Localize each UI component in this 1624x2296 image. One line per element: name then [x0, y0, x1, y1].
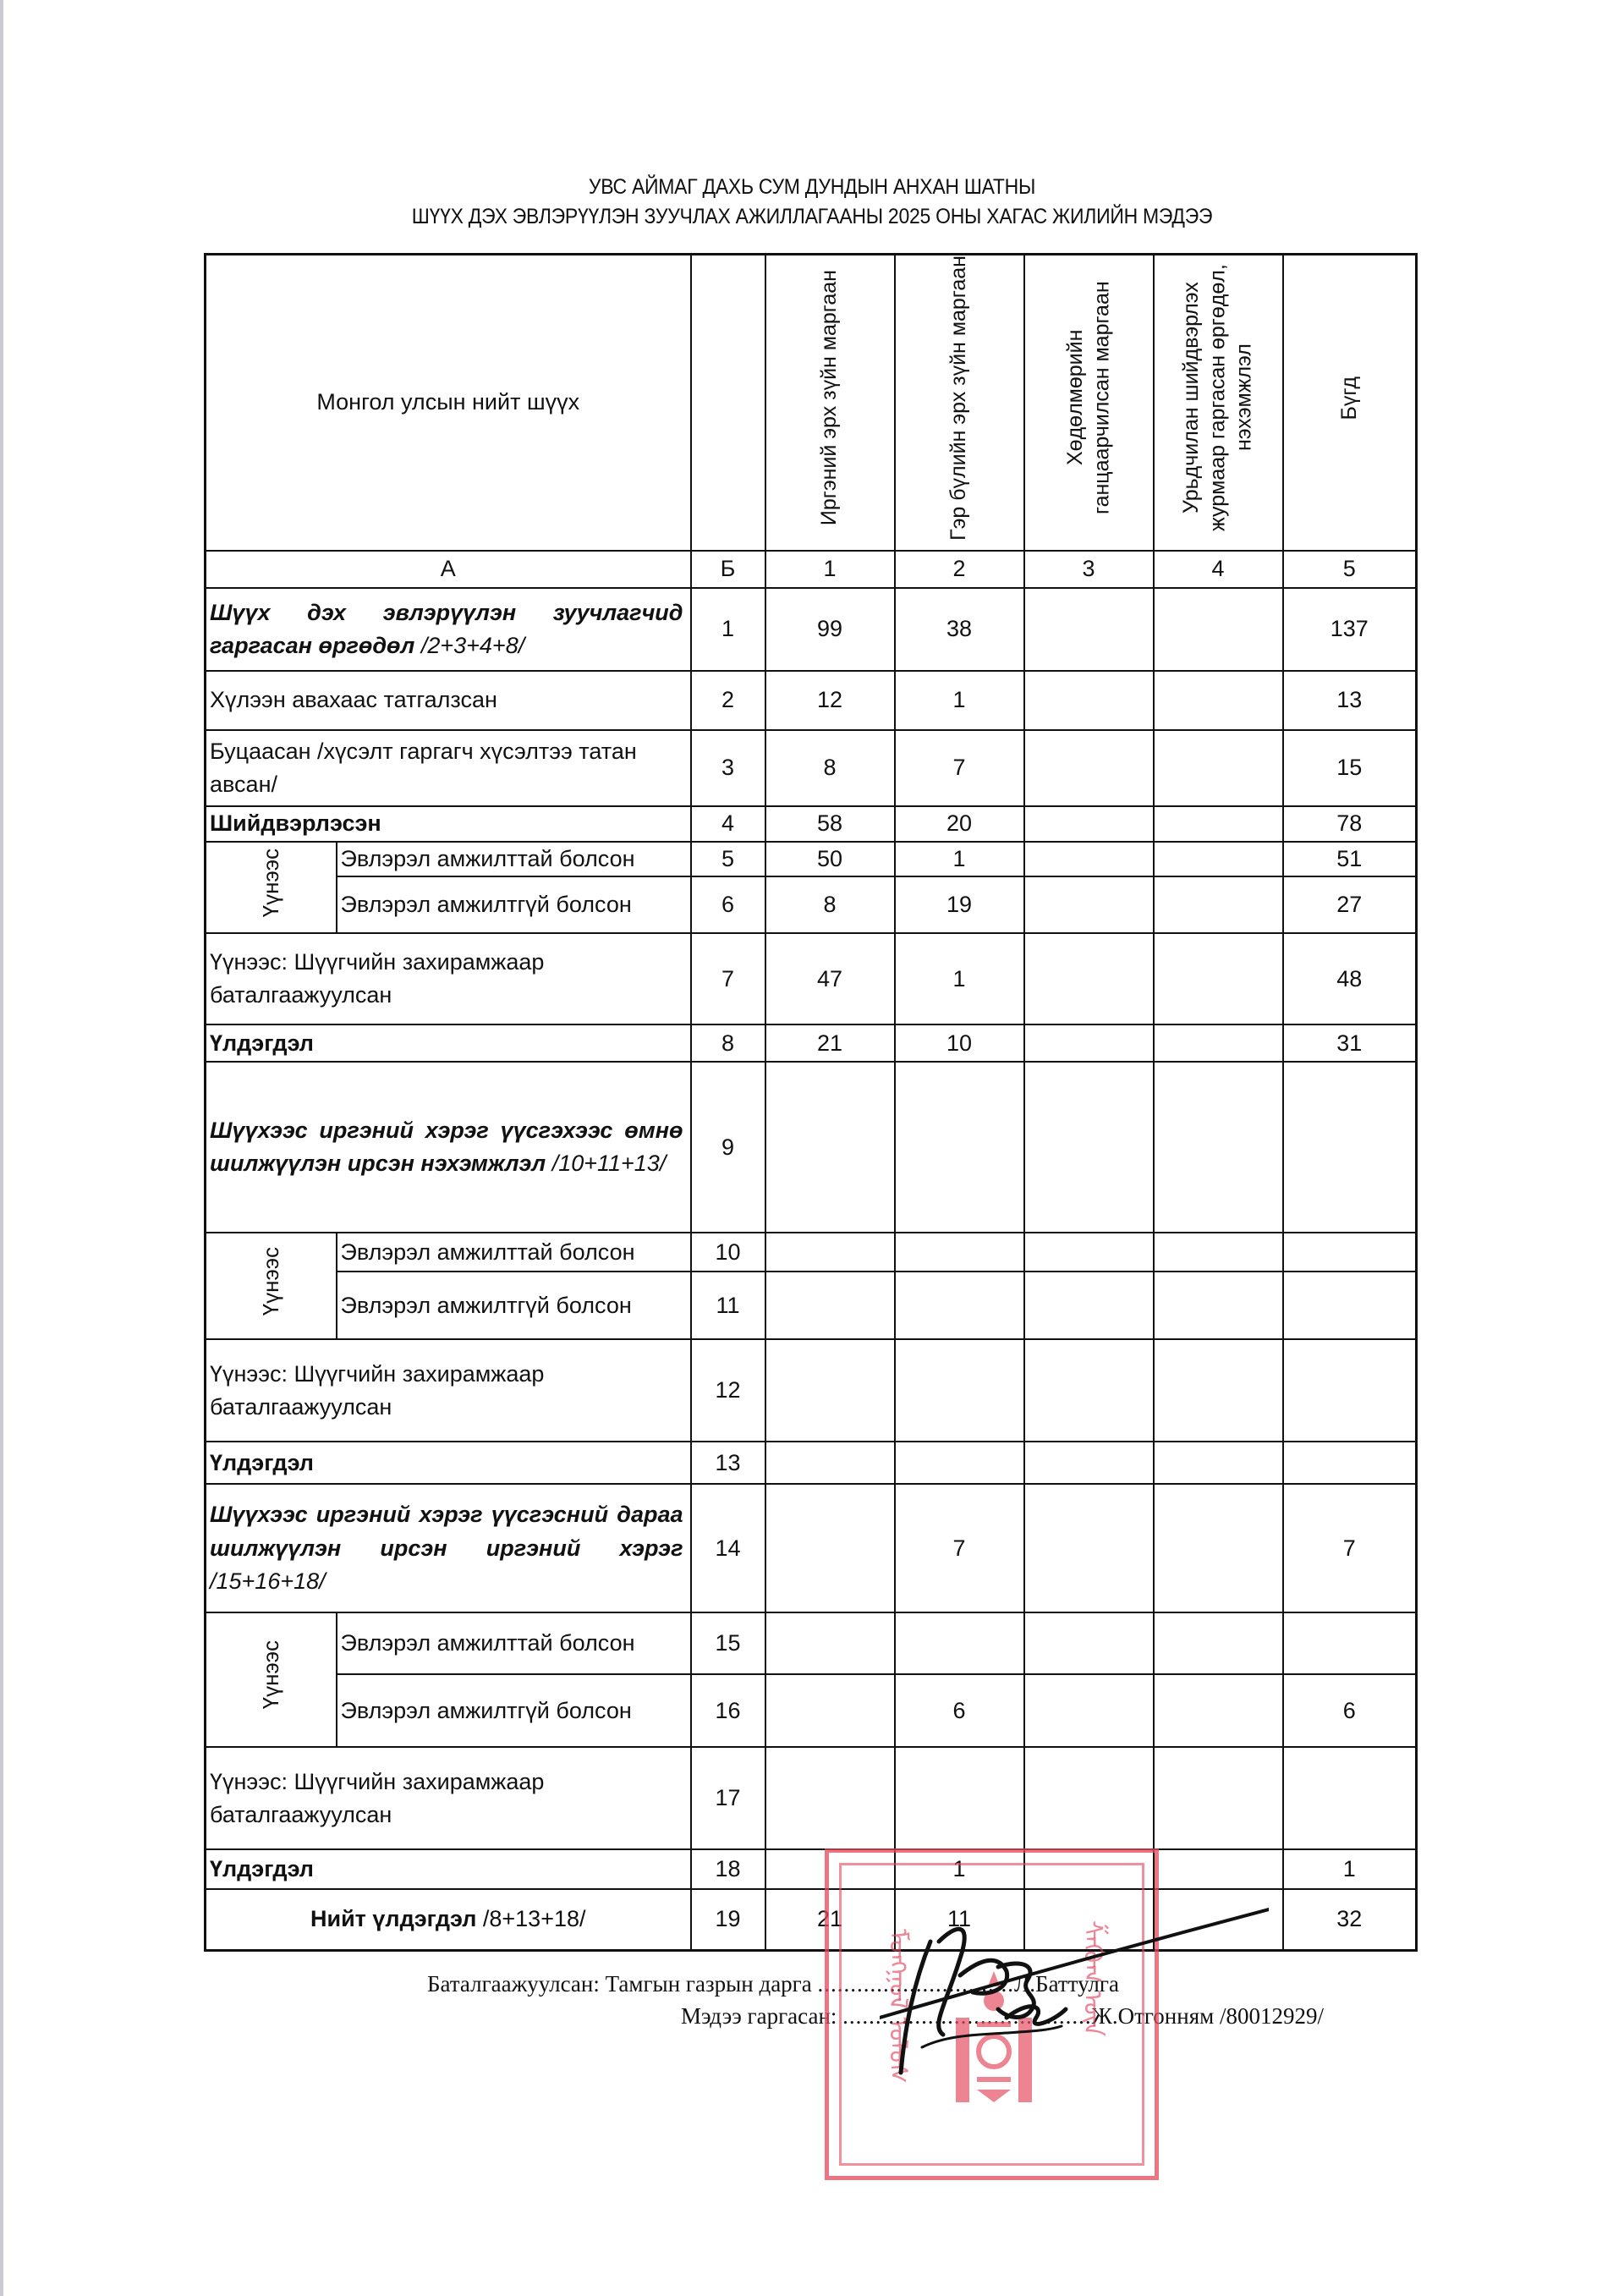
- row-code: 5: [691, 842, 765, 876]
- cell-v3: [1024, 671, 1154, 730]
- row-label: Эвлэрэл амжилттай болсон: [337, 1612, 691, 1674]
- code-4: 4: [1154, 551, 1283, 588]
- cell-v5: 1: [1283, 1849, 1417, 1889]
- row-label: Хүлээн авахаас татгалзсан: [206, 671, 691, 730]
- cell-v4: [1154, 1849, 1283, 1889]
- cell-v1: [765, 1442, 895, 1484]
- cell-v4: [1154, 1612, 1283, 1674]
- cell-v5: 32: [1283, 1889, 1417, 1950]
- cell-v2: 1: [895, 933, 1024, 1024]
- row-code: 10: [691, 1233, 765, 1272]
- cell-v1: [765, 1339, 895, 1442]
- row-code: 14: [691, 1484, 765, 1612]
- row-code: 6: [691, 876, 765, 933]
- row-code: 16: [691, 1674, 765, 1747]
- table-row: Үлдэгдэл1811: [206, 1849, 1417, 1889]
- cell-v3: [1024, 1674, 1154, 1747]
- table-row: Шүүх дэх эвлэрүүлэн зуучлагчид гаргасан …: [206, 588, 1417, 671]
- subgroup-label: Үүнээс: [206, 842, 337, 933]
- cell-v1: 50: [765, 842, 895, 876]
- header-col-1: Иргэний эрх зүйн маргаан: [765, 255, 895, 552]
- table-row: ҮүнээсЭвлэрэл амжилттай болсон550151: [206, 842, 1417, 876]
- prepared-label: Мэдээ гаргасан:: [681, 2003, 837, 2029]
- cell-v5: 7: [1283, 1484, 1417, 1612]
- cell-v4: [1154, 1747, 1283, 1849]
- cell-v4: [1154, 1484, 1283, 1612]
- cell-v4: [1154, 1674, 1283, 1747]
- cell-v3: [1024, 1024, 1154, 1062]
- table-row: Хүлээн авахаас татгалзсан212113: [206, 671, 1417, 730]
- cell-v4: [1154, 876, 1283, 933]
- header-col-2: Гэр бүлийн эрх зүйн маргаан: [895, 255, 1024, 552]
- row-label: Эвлэрэл амжилтгүй болсон: [337, 1272, 691, 1339]
- cell-v4: [1154, 730, 1283, 806]
- cell-v4: [1154, 671, 1283, 730]
- table-row: Үүнээс: Шүүгчийн захирамжаар баталгаажуу…: [206, 933, 1417, 1024]
- table-row: Эвлэрэл амжилтгүй болсон11: [206, 1272, 1417, 1339]
- table-row: ҮүнээсЭвлэрэл амжилттай болсон15: [206, 1612, 1417, 1674]
- row-code: 4: [691, 806, 765, 842]
- cell-v1: [765, 1612, 895, 1674]
- cell-v3: [1024, 588, 1154, 671]
- cell-v4: [1154, 1233, 1283, 1272]
- table-row: Эвлэрэл амжилтгүй болсон681927: [206, 876, 1417, 933]
- cell-v3: [1024, 1339, 1154, 1442]
- code-5: 5: [1283, 551, 1417, 588]
- cell-v5: 137: [1283, 588, 1417, 671]
- cell-v4: [1154, 1889, 1283, 1950]
- row-label: Эвлэрэл амжилттай болсон: [337, 1233, 691, 1272]
- cell-v1: 21: [765, 1024, 895, 1062]
- cell-v2: 7: [895, 730, 1024, 806]
- approved-label: Баталгаажуулсан: Тамгын газрын дарга: [427, 1971, 812, 1997]
- cell-v5: 51: [1283, 842, 1417, 876]
- row-label: Үүнээс: Шүүгчийн захирамжаар баталгаажуу…: [206, 933, 691, 1024]
- report-table: Монгол улсын нийт шүүх Иргэний эрх зүйн …: [204, 253, 1418, 1952]
- cell-v4: [1154, 1339, 1283, 1442]
- row-code: 2: [691, 671, 765, 730]
- table-row: Үүнээс: Шүүгчийн захирамжаар баталгаажуу…: [206, 1747, 1417, 1849]
- cell-v3: [1024, 806, 1154, 842]
- cell-v1: [765, 1484, 895, 1612]
- row-code: 13: [691, 1442, 765, 1484]
- code-row: А Б 1 2 3 4 5: [206, 551, 1417, 588]
- report-title-line-2: ШҮҮХ ДЭХ ЭВЛЭРҮҮЛЭН ЗУУЧЛАХ АЖИЛЛАГААНЫ …: [65, 205, 1559, 229]
- code-a: А: [206, 551, 691, 588]
- cell-v2: [895, 1339, 1024, 1442]
- cell-v2: [895, 1747, 1024, 1849]
- cell-v5: [1283, 1272, 1417, 1339]
- cell-v2: [895, 1062, 1024, 1233]
- row-label: Эвлэрэл амжилттай болсон: [337, 842, 691, 876]
- cell-v2: 6: [895, 1674, 1024, 1747]
- cell-v3: [1024, 933, 1154, 1024]
- cell-v4: [1154, 1442, 1283, 1484]
- row-label: Үлдэгдэл: [206, 1849, 691, 1889]
- cell-v4: [1154, 933, 1283, 1024]
- cell-v2: [895, 1612, 1024, 1674]
- row-label: Үлдэгдэл: [206, 1024, 691, 1062]
- cell-v4: [1154, 1024, 1283, 1062]
- cell-v4: [1154, 588, 1283, 671]
- cell-v1: [765, 1747, 895, 1849]
- cell-v5: [1283, 1339, 1417, 1442]
- row-label: Үлдэгдэл: [206, 1442, 691, 1484]
- row-code: 9: [691, 1062, 765, 1233]
- cell-v5: 31: [1283, 1024, 1417, 1062]
- table-row: Үүнээс: Шүүгчийн захирамжаар баталгаажуу…: [206, 1339, 1417, 1442]
- cell-v5: [1283, 1233, 1417, 1272]
- cell-v1: 12: [765, 671, 895, 730]
- cell-v5: [1283, 1062, 1417, 1233]
- row-label: Шүүхээс иргэний хэрэг үүсгэхээс өмнө шил…: [206, 1062, 691, 1233]
- cell-v2: 10: [895, 1024, 1024, 1062]
- row-code: 3: [691, 730, 765, 806]
- subgroup-label: Үүнээс: [206, 1612, 337, 1747]
- table-row: Шүүхээс иргэний хэрэг үүсгэсний дараа ши…: [206, 1484, 1417, 1612]
- table-row: Үлдэгдэл8211031: [206, 1024, 1417, 1062]
- cell-v1: [765, 1062, 895, 1233]
- cell-v2: 19: [895, 876, 1024, 933]
- cell-v5: [1283, 1747, 1417, 1849]
- row-code: 1: [691, 588, 765, 671]
- cell-v4: [1154, 842, 1283, 876]
- cell-v3: [1024, 1484, 1154, 1612]
- table-row: Нийт үлдэгдэл /8+13+18/19211132: [206, 1889, 1417, 1950]
- cell-v1: 8: [765, 876, 895, 933]
- row-code: 17: [691, 1747, 765, 1849]
- row-label: Нийт үлдэгдэл /8+13+18/: [206, 1889, 691, 1950]
- code-2: 2: [895, 551, 1024, 588]
- header-row: Монгол улсын нийт шүүх Иргэний эрх зүйн …: [206, 255, 1417, 552]
- row-label: Үүнээс: Шүүгчийн захирамжаар баталгаажуу…: [206, 1747, 691, 1849]
- row-label: Шүүх дэх эвлэрүүлэн зуучлагчид гаргасан …: [206, 588, 691, 671]
- cell-v5: 15: [1283, 730, 1417, 806]
- scan-edge: [0, 0, 3, 2296]
- row-code: 7: [691, 933, 765, 1024]
- cell-v3: [1024, 1233, 1154, 1272]
- row-label: Шийдвэрлэсэн: [206, 806, 691, 842]
- table-row: Буцаасан /хүсэлт гаргагч хүсэлтээ татан …: [206, 730, 1417, 806]
- cell-v1: [765, 1272, 895, 1339]
- cell-v1: 99: [765, 588, 895, 671]
- cell-v2: [895, 1272, 1024, 1339]
- cell-v5: 13: [1283, 671, 1417, 730]
- cell-v1: 58: [765, 806, 895, 842]
- row-code: 19: [691, 1889, 765, 1950]
- cell-v5: 27: [1283, 876, 1417, 933]
- official-stamp: ᠮᠣᠩᠭᠣᠯ ᠤᠯᠤᠰ ᠱᠡᠭᠦᠬ ᠦᠨ: [825, 1848, 1159, 2180]
- cell-v4: [1154, 806, 1283, 842]
- code-3: 3: [1024, 551, 1154, 588]
- code-b: Б: [691, 551, 765, 588]
- report-title-line-1: УВС АЙМАГ ДАХЬ СУМ ДУНДЫН АНХАН ШАТНЫ: [65, 175, 1559, 200]
- cell-v3: [1024, 1272, 1154, 1339]
- cell-v2: 1: [895, 671, 1024, 730]
- cell-v2: [895, 1233, 1024, 1272]
- cell-v5: [1283, 1612, 1417, 1674]
- cell-v2: 20: [895, 806, 1024, 842]
- table-row: Эвлэрэл амжилтгүй болсон1666: [206, 1674, 1417, 1747]
- cell-v3: [1024, 1747, 1154, 1849]
- row-label: Эвлэрэл амжилтгүй болсон: [337, 876, 691, 933]
- cell-v3: [1024, 1442, 1154, 1484]
- stamp-script-left: ᠮᠣᠩᠭᠣᠯ ᠤᠯᠤᠰ: [875, 1929, 920, 2084]
- cell-v2: [895, 1442, 1024, 1484]
- cell-v3: [1024, 1062, 1154, 1233]
- cell-v5: 78: [1283, 806, 1417, 842]
- row-label: Буцаасан /хүсэлт гаргагч хүсэлтээ татан …: [206, 730, 691, 806]
- cell-v5: 6: [1283, 1674, 1417, 1747]
- cell-v1: 47: [765, 933, 895, 1024]
- row-code: 18: [691, 1849, 765, 1889]
- cell-v3: [1024, 876, 1154, 933]
- soyombo-emblem-icon: [956, 1971, 1032, 2106]
- cell-v4: [1154, 1062, 1283, 1233]
- cell-v1: [765, 1674, 895, 1747]
- row-label: Эвлэрэл амжилтгүй болсон: [337, 1674, 691, 1747]
- cell-v4: [1154, 1272, 1283, 1339]
- row-code: 8: [691, 1024, 765, 1062]
- row-code: 12: [691, 1339, 765, 1442]
- cell-v5: [1283, 1442, 1417, 1484]
- cell-v3: [1024, 730, 1154, 806]
- header-col-5: Бүгд: [1283, 255, 1417, 552]
- cell-v3: [1024, 842, 1154, 876]
- cell-v2: 1: [895, 842, 1024, 876]
- cell-v1: [765, 1233, 895, 1272]
- row-label: Шүүхээс иргэний хэрэг үүсгэсний дараа ши…: [206, 1484, 691, 1612]
- cell-v2: 38: [895, 588, 1024, 671]
- subgroup-label: Үүнээс: [206, 1233, 337, 1339]
- header-col-4: Урьдчилан шийдвэрлэх журмаар гаргасан өр…: [1154, 255, 1283, 552]
- table-row: ҮүнээсЭвлэрэл амжилттай болсон10: [206, 1233, 1417, 1272]
- header-code: [691, 255, 765, 552]
- table-row: Үлдэгдэл13: [206, 1442, 1417, 1484]
- stamp-script-right: ᠱᠡᠭᠦᠬ ᠦᠨ: [1070, 1920, 1115, 2036]
- cell-v3: [1024, 1612, 1154, 1674]
- cell-v1: 8: [765, 730, 895, 806]
- table-row: Шүүхээс иргэний хэрэг үүсгэхээс өмнө шил…: [206, 1062, 1417, 1233]
- header-col-3: Хөдөлмөрийн ганцаарчилсан маргаан: [1024, 255, 1154, 552]
- cell-v5: 48: [1283, 933, 1417, 1024]
- header-main: Монгол улсын нийт шүүх: [206, 255, 691, 552]
- code-1: 1: [765, 551, 895, 588]
- row-code: 15: [691, 1612, 765, 1674]
- row-label: Үүнээс: Шүүгчийн захирамжаар баталгаажуу…: [206, 1339, 691, 1442]
- cell-v2: 7: [895, 1484, 1024, 1612]
- table-row: Шийдвэрлэсэн4582078: [206, 806, 1417, 842]
- row-code: 11: [691, 1272, 765, 1339]
